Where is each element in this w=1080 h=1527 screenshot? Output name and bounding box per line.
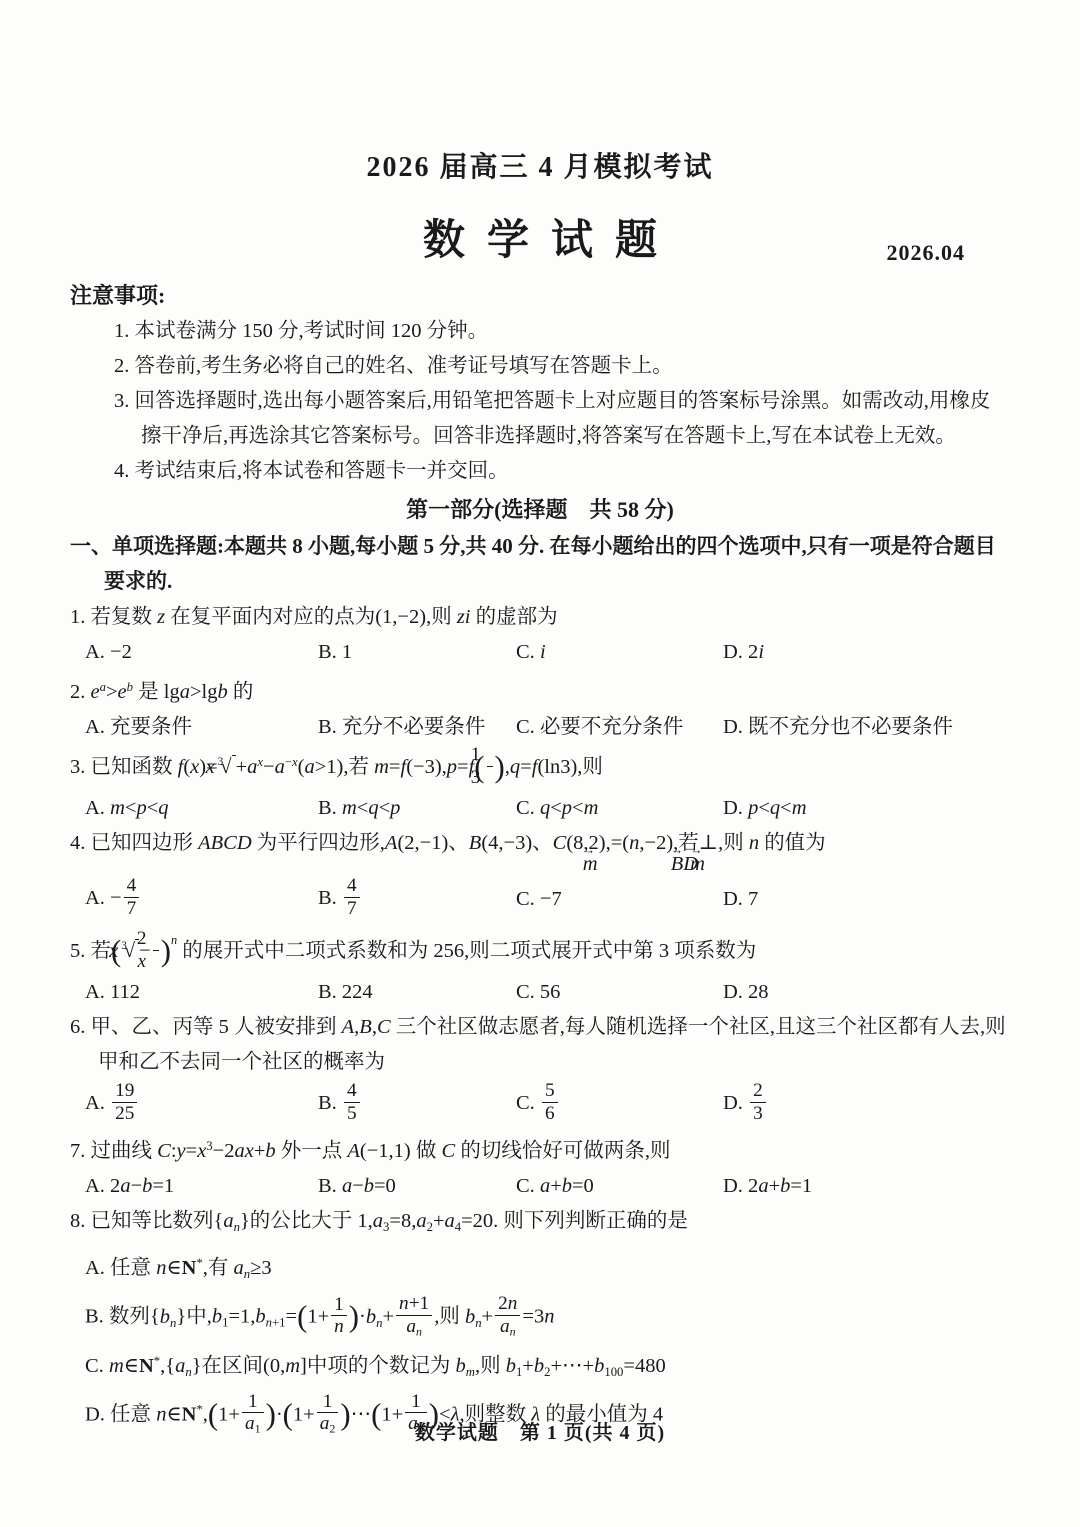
question-5-stem: 5. 若(3√x−2x)n 的展开式中二项式系数和为 256,则二项式展开式中第… bbox=[70, 923, 1010, 975]
question-3: 3. 已知函数 f(x)=3√x+ax−a−x(a>1),若 m=f(−3),p… bbox=[70, 745, 1010, 825]
question-6-option-d: D. 23 bbox=[723, 1081, 1010, 1127]
exam-title: 2026 届高三 4 月模拟考试 bbox=[70, 150, 1010, 186]
question-6: 6. 甲、乙、丙等 5 人被安排到 A,B,C 三个社区做志愿者,每人随机选择一… bbox=[70, 1010, 1010, 1127]
question-8-option-a: A. 任意 n∈N*,有 an≥3 bbox=[85, 1246, 1010, 1292]
subject-title: 数学试题 bbox=[70, 212, 1010, 270]
question-5-option-d: D. 28 bbox=[723, 976, 1010, 1009]
question-4-options: A. −47 B. 47 C. −7 D. 7 bbox=[70, 876, 1010, 922]
question-3-option-d: D. p<q<m bbox=[723, 792, 1010, 825]
question-2-option-a: A. 充要条件 bbox=[85, 711, 318, 744]
question-4: 4. 已知四边形 ABCD 为平行四边形,A(2,−1)、B(4,−3)、C(8… bbox=[70, 826, 1010, 922]
question-6-options: A. 1925 B. 45 C. 56 D. 23 bbox=[70, 1081, 1010, 1127]
subject-title-row: 数学试题 2026.04 bbox=[70, 212, 1010, 270]
question-4-stem: 4. 已知四边形 ABCD 为平行四边形,A(2,−1)、B(4,−3)、C(8… bbox=[70, 826, 1010, 875]
question-5-options: A. 112 B. 224 C. 56 D. 28 bbox=[70, 976, 1010, 1009]
question-1-option-a: A. −2 bbox=[85, 636, 318, 669]
question-6-stem: 6. 甲、乙、丙等 5 人被安排到 A,B,C 三个社区做志愿者,每人随机选择一… bbox=[70, 1010, 1010, 1080]
question-8-option-b: B. 数列{bn}中,b1=1,bn+1=(1+1n)·bn+n+1an,则 b… bbox=[85, 1294, 1010, 1342]
question-2-options: A. 充要条件 B. 充分不必要条件 C. 必要不充分条件 D. 既不充分也不必… bbox=[70, 711, 1010, 744]
question-6-option-a: A. 1925 bbox=[85, 1081, 318, 1127]
question-6-option-b: B. 45 bbox=[318, 1081, 516, 1127]
question-6-option-c: C. 56 bbox=[516, 1081, 723, 1127]
question-7-option-d: D. 2a+b=1 bbox=[723, 1170, 1010, 1203]
question-7-option-a: A. 2a−b=1 bbox=[85, 1170, 318, 1203]
part1-intro: 一、单项选择题:本题共 8 小题,每小题 5 分,共 40 分. 在每小题给出的… bbox=[70, 529, 1010, 599]
page-footer: 数学试题 第 1 页(共 4 页) bbox=[0, 1416, 1080, 1445]
question-2: 2. ea>eb 是 lga>lgb 的 A. 充要条件 B. 充分不必要条件 … bbox=[70, 670, 1010, 744]
question-5: 5. 若(3√x−2x)n 的展开式中二项式系数和为 256,则二项式展开式中第… bbox=[70, 923, 1010, 1009]
notice-item-1: 1. 本试卷满分 150 分,考试时间 120 分钟。 bbox=[114, 314, 1010, 349]
question-8-options: A. 任意 n∈N*,有 an≥3 B. 数列{bn}中,b1=1,bn+1=(… bbox=[70, 1246, 1010, 1439]
question-3-option-b: B. m<q<p bbox=[318, 792, 516, 825]
question-4-option-a: A. −47 bbox=[85, 876, 318, 922]
question-1-stem: 1. 若复数 z 在复平面内对应的点为(1,−2),则 zi 的虚部为 bbox=[70, 600, 1010, 635]
exam-date: 2026.04 bbox=[887, 240, 966, 266]
question-2-option-c: C. 必要不充分条件 bbox=[516, 711, 723, 744]
question-4-option-b: B. 47 bbox=[318, 876, 516, 922]
question-1-option-d: D. 2i bbox=[723, 636, 1010, 669]
question-3-options: A. m<p<q B. m<q<p C. q<p<m D. p<q<m bbox=[70, 792, 1010, 825]
question-4-option-d: D. 7 bbox=[723, 883, 1010, 916]
question-5-option-c: C. 56 bbox=[516, 976, 723, 1009]
notice-item-2: 2. 答卷前,考生务必将自己的姓名、准考证号填写在答题卡上。 bbox=[114, 349, 1010, 384]
question-3-option-c: C. q<p<m bbox=[516, 792, 723, 825]
question-7-option-b: B. a−b=0 bbox=[318, 1170, 516, 1203]
exam-paper-page: 2026 届高三 4 月模拟考试 数学试题 2026.04 注意事项: 1. 本… bbox=[0, 0, 1080, 1527]
question-3-stem: 3. 已知函数 f(x)=3√x+ax−a−x(a>1),若 m=f(−3),p… bbox=[70, 745, 1010, 791]
question-8: 8. 已知等比数列{an}的公比大于 1,a3=8,a2+a4=20. 则下列判… bbox=[70, 1204, 1010, 1439]
question-2-option-b: B. 充分不必要条件 bbox=[318, 711, 516, 744]
question-2-stem: 2. ea>eb 是 lga>lgb 的 bbox=[70, 670, 1010, 710]
part1-header: 第一部分(选择题 共 58 分) bbox=[70, 491, 1010, 529]
question-5-option-b: B. 224 bbox=[318, 976, 516, 1009]
question-1-option-b: B. 1 bbox=[318, 636, 516, 669]
question-8-option-c: C. m∈N*,{an}在区间(0,m]中项的个数记为 bm,则 b1+b2+⋯… bbox=[85, 1344, 1010, 1390]
notices-heading: 注意事项: bbox=[70, 278, 1010, 314]
notice-item-3: 3. 回答选择题时,选出每小题答案后,用铅笔把答题卡上对应题目的答案标号涂黑。如… bbox=[114, 384, 1010, 454]
notice-item-4: 4. 考试结束后,将本试卷和答题卡一并交回。 bbox=[114, 454, 1010, 489]
question-7: 7. 过曲线 C:y=x3−2ax+b 外一点 A(−1,1) 做 C 的切线恰… bbox=[70, 1129, 1010, 1203]
question-7-options: A. 2a−b=1 B. a−b=0 C. a+b=0 D. 2a+b=1 bbox=[70, 1170, 1010, 1203]
question-1-options: A. −2 B. 1 C. i D. 2i bbox=[70, 636, 1010, 669]
question-8-stem: 8. 已知等比数列{an}的公比大于 1,a3=8,a2+a4=20. 则下列判… bbox=[70, 1204, 1010, 1245]
question-2-option-d: D. 既不充分也不必要条件 bbox=[723, 711, 1010, 744]
question-1-option-c: C. i bbox=[516, 636, 723, 669]
question-3-option-a: A. m<p<q bbox=[85, 792, 318, 825]
question-1: 1. 若复数 z 在复平面内对应的点为(1,−2),则 zi 的虚部为 A. −… bbox=[70, 600, 1010, 669]
question-7-stem: 7. 过曲线 C:y=x3−2ax+b 外一点 A(−1,1) 做 C 的切线恰… bbox=[70, 1129, 1010, 1169]
question-5-option-a: A. 112 bbox=[85, 976, 318, 1009]
question-7-option-c: C. a+b=0 bbox=[516, 1170, 723, 1203]
question-4-option-c: C. −7 bbox=[516, 883, 723, 916]
